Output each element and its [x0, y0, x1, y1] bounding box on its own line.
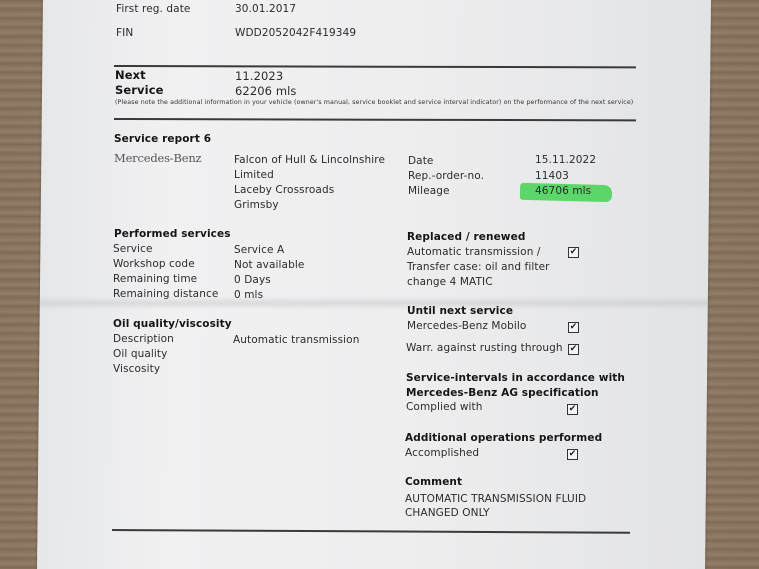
mileage-value: 46706 mls	[535, 185, 591, 197]
next-service-label-2: Service	[115, 83, 164, 97]
additional-label: Accomplished	[405, 447, 479, 459]
order-label: Rep.-order-no.	[408, 170, 484, 182]
dealer-line: Falcon of Hull & Lincolnshire	[234, 154, 385, 166]
comment-title: Comment	[405, 476, 462, 488]
next-service-label-1: Next	[115, 68, 146, 82]
replaced-line: Transfer case: oil and filter	[407, 261, 550, 273]
report-title: Service report 6	[114, 133, 211, 145]
date-value: 15.11.2022	[535, 154, 596, 166]
next-service-date: 11.2023	[235, 69, 283, 83]
mobilo-checkbox: ✔	[568, 322, 579, 333]
ps-value-service: Service A	[234, 244, 284, 256]
date-label: Date	[408, 155, 434, 167]
ps-value-remaining-time: 0 Days	[234, 274, 271, 286]
oil-label-viscosity: Viscosity	[113, 363, 160, 375]
fin-value: WDD2052042F419349	[235, 27, 356, 39]
comment-line: CHANGED ONLY	[405, 507, 490, 519]
oil-label-quality: Oil quality	[113, 348, 167, 360]
until-next-title: Until next service	[407, 305, 513, 317]
additional-title: Additional operations performed	[405, 432, 602, 444]
dealer-line: Laceby Crossroads	[234, 184, 334, 196]
performed-services-title: Performed services	[114, 228, 231, 240]
replaced-checkbox: ✔	[568, 247, 579, 258]
ps-label-remaining-distance: Remaining distance	[113, 288, 218, 300]
ps-value-workshop: Not available	[234, 259, 304, 271]
comment-line: AUTOMATIC TRANSMISSION FLUID	[405, 493, 586, 505]
dealer-line: Grimsby	[234, 199, 279, 211]
intervals-label: Complied with	[406, 401, 483, 413]
until-next-item-rust: Warr. against rusting through	[406, 342, 563, 354]
replaced-line: Automatic transmission /	[407, 246, 541, 258]
intervals-title-1: Service-intervals in accordance with	[406, 372, 625, 384]
oil-label-description: Description	[113, 333, 174, 345]
until-next-item-mobilo: Mercedes-Benz Mobilo	[407, 320, 526, 332]
oil-value-description: Automatic transmission	[233, 334, 359, 346]
oil-title: Oil quality/viscosity	[113, 318, 232, 330]
brand-logo-text: Mercedes-Benz	[114, 151, 201, 165]
intervals-title-2: Mercedes-Benz AG specification	[406, 387, 599, 399]
mileage-label: Mileage	[408, 185, 450, 197]
replaced-line: change 4 MATIC	[407, 276, 493, 288]
ps-value-remaining-distance: 0 mls	[234, 289, 263, 301]
rust-checkbox: ✔	[568, 344, 579, 355]
additional-checkbox: ✔	[567, 449, 578, 460]
intervals-checkbox: ✔	[567, 404, 578, 415]
replaced-title: Replaced / renewed	[407, 231, 525, 243]
fin-label: FIN	[116, 27, 133, 39]
ps-label-remaining-time: Remaining time	[113, 273, 197, 285]
first-reg-value: 30.01.2017	[235, 3, 296, 15]
next-service-mileage: 62206 mls	[235, 84, 297, 98]
dealer-line: Limited	[234, 169, 274, 181]
next-service-note: (Please note the additional information …	[115, 99, 635, 107]
first-reg-label: First reg. date	[116, 3, 191, 15]
order-value: 11403	[535, 170, 569, 182]
ps-label-workshop: Workshop code	[113, 258, 195, 270]
ps-label-service: Service	[113, 243, 153, 255]
